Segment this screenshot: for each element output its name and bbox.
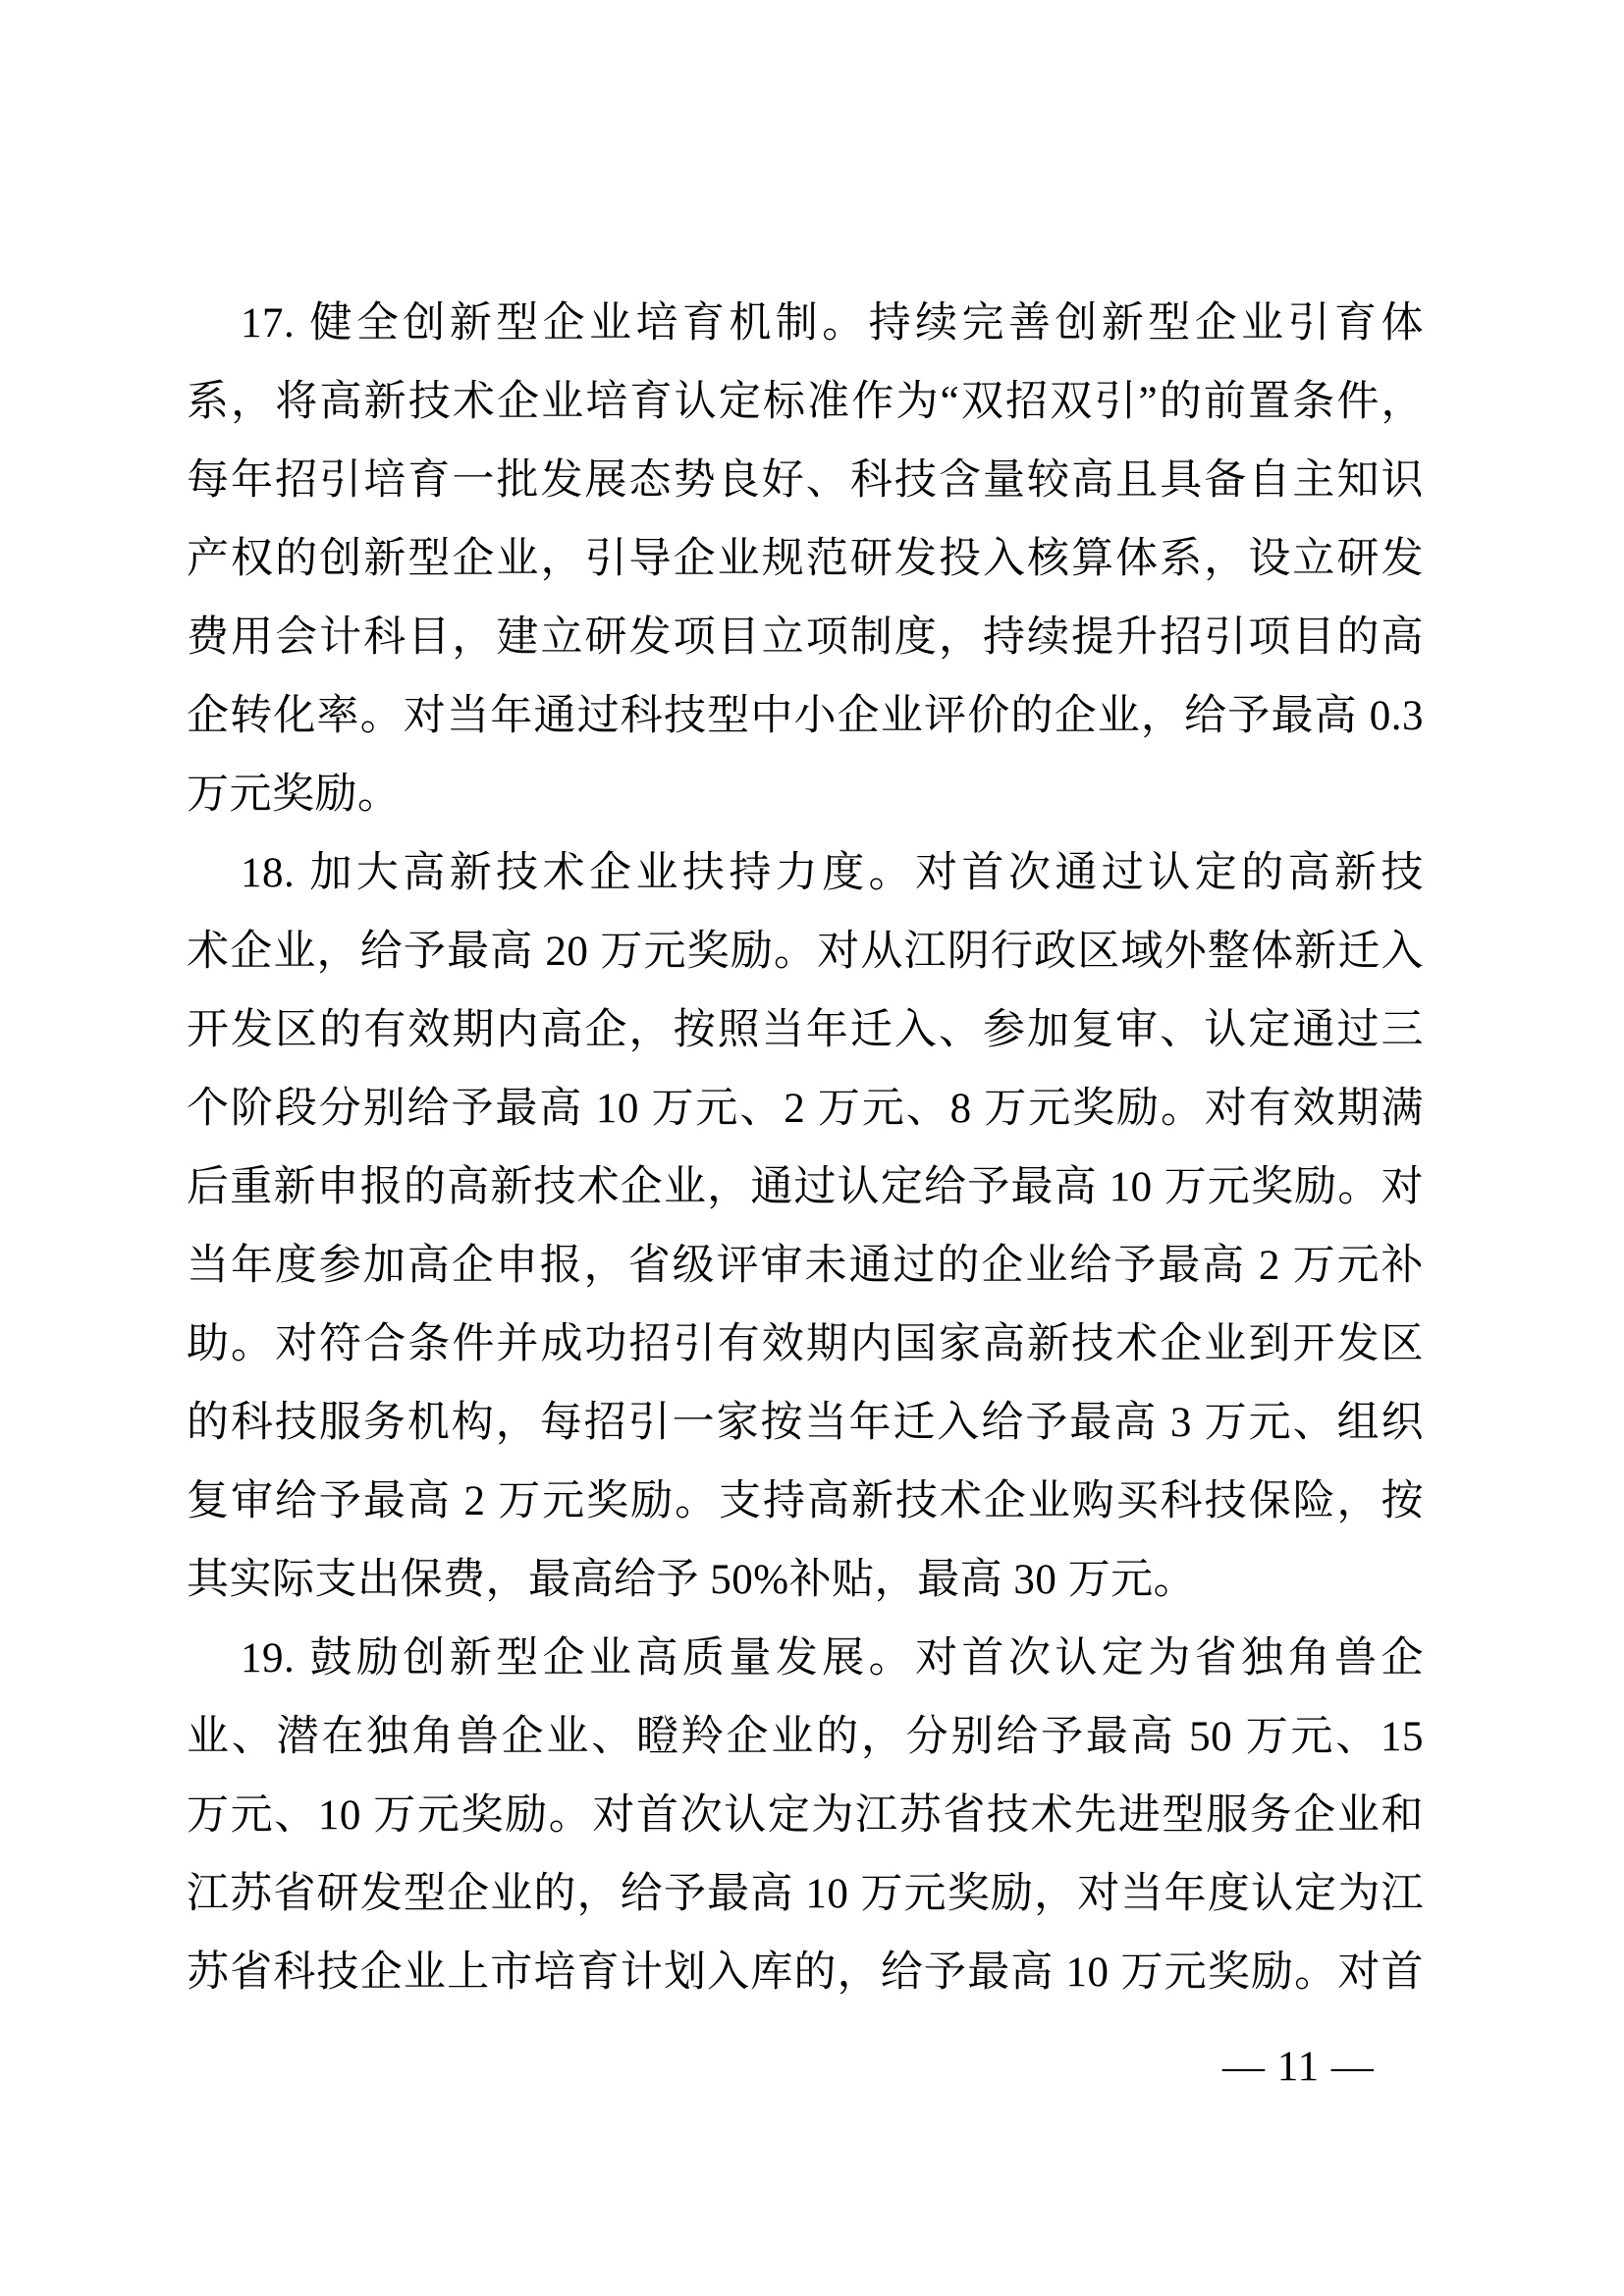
text-line: 其实际支出保费，最高给予 50%补贴，最高 30 万元。 [187, 1541, 1424, 1620]
text-line: 开发区的有效期内高企，按照当年迁入、参加复审、认定通过三 [187, 991, 1424, 1070]
text-line: 助。对符合条件并成功招引有效期内国家高新技术企业到开发区 [187, 1306, 1424, 1384]
text-line: 17. 健全创新型企业培育机制。持续完善创新型企业引育体 [187, 285, 1424, 363]
text-line: 当年度参加高企申报，省级评审未通过的企业给予最高 2 万元补 [187, 1227, 1424, 1306]
text-line: 个阶段分别给予最高 10 万元、2 万元、8 万元奖励。对有效期满 [187, 1070, 1424, 1148]
text-line: 万元奖励。 [187, 756, 1424, 834]
text-line: 产权的创新型企业，引导企业规范研发投入核算体系，设立研发 [187, 520, 1424, 599]
text-line: 系，将高新技术企业培育认定标准作为“双招双引”的前置条件， [187, 363, 1424, 442]
text-line: 后重新申报的高新技术企业，通过认定给予最高 10 万元奖励。对 [187, 1148, 1424, 1227]
text-line: 企转化率。对当年通过科技型中小企业评价的企业，给予最高 0.3 [187, 677, 1424, 756]
text-line: 的科技服务机构，每招引一家按当年迁入给予最高 3 万元、组织 [187, 1384, 1424, 1463]
text-line: 19. 鼓励创新型企业高质量发展。对首次认定为省独角兽企 [187, 1620, 1424, 1698]
page-number: — 11 — [1222, 2044, 1375, 2091]
text-line: 18. 加大高新技术企业扶持力度。对首次通过认定的高新技 [187, 834, 1424, 913]
document-body: 17. 健全创新型企业培育机制。持续完善创新型企业引育体 系，将高新技术企业培育… [187, 285, 1424, 2012]
text-line: 费用会计科目，建立研发项目立项制度，持续提升招引项目的高 [187, 599, 1424, 677]
text-line: 苏省科技企业上市培育计划入库的，给予最高 10 万元奖励。对首 [187, 1934, 1424, 2012]
text-line: 复审给予最高 2 万元奖励。支持高新技术企业购买科技保险，按 [187, 1463, 1424, 1541]
text-line: 江苏省研发型企业的，给予最高 10 万元奖励，对当年度认定为江 [187, 1855, 1424, 1934]
text-line: 术企业，给予最高 20 万元奖励。对从江阴行政区域外整体新迁入 [187, 913, 1424, 991]
text-line: 业、潜在独角兽企业、瞪羚企业的，分别给予最高 50 万元、15 [187, 1698, 1424, 1777]
text-line: 每年招引培育一批发展态势良好、科技含量较高且具备自主知识 [187, 442, 1424, 520]
text-line: 万元、10 万元奖励。对首次认定为江苏省技术先进型服务企业和 [187, 1777, 1424, 1855]
document-page: 17. 健全创新型企业培育机制。持续完善创新型企业引育体 系，将高新技术企业培育… [0, 0, 1624, 2296]
